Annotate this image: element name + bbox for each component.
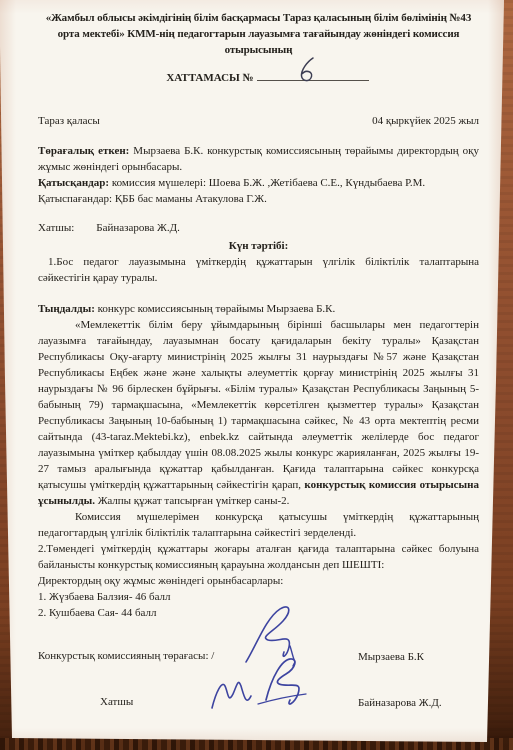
paper-sheet: «Жамбыл облысы әкімдігінің білім басқарм…	[0, 0, 513, 750]
attendees-paragraph: Қатысқандар: комиссия мүшелері: Шоева Б.…	[38, 175, 479, 191]
document-content: «Жамбыл облысы әкімдігінің білім басқарм…	[0, 0, 513, 714]
protocol-number-row: ХАТТАМАСЫ №	[38, 67, 479, 86]
handwritten-protocol-number	[297, 56, 317, 84]
heard-label: Тыңдалды:	[38, 303, 95, 315]
date-label: 04 қыркүйек 2025 жыл	[372, 113, 479, 129]
heard-body-paragraph: «Мемлекеттік білім беру ұйымдарының бірі…	[38, 317, 479, 509]
secretary-signature-row: Хатшы Байназарова Ж.Д.	[38, 694, 479, 714]
secretary-name: Байназарова Ж.Д.	[96, 222, 180, 234]
heard-body-part2: Жалпы құжат тапсырған үміткер саны-2.	[98, 495, 290, 507]
chair-label: Төрағалық еткен:	[38, 145, 129, 157]
attendees-text: комиссия мүшелері: Шоева Б.Ж. ,Жетібаева…	[112, 177, 425, 189]
secretary-signature	[206, 656, 324, 718]
secretary-signature-role: Хатшы	[100, 696, 133, 708]
document-title: «Жамбыл облысы әкімдігінің білім басқарм…	[38, 10, 479, 58]
position-line: Директордың оқу жұмыс жөніндегі орынбаса…	[38, 573, 479, 589]
heard-body-part1: «Мемлекеттік білім беру ұйымдарының бірі…	[38, 319, 479, 491]
heard-intro: конкурс комиссиясының төрайымы Мырзаева …	[98, 303, 336, 315]
secretary-signature-name: Байназарова Ж.Д.	[358, 695, 442, 711]
review-paragraph: Комиссия мүшелерімен конкурсқа қатысушы …	[38, 509, 479, 541]
attendees-label: Қатысқандар:	[38, 177, 109, 189]
scanned-protocol-page: «Жамбыл облысы әкімдігінің білім басқарм…	[0, 0, 513, 750]
agenda-title: Күн тәртібі:	[38, 238, 479, 254]
chair-signature-role: Конкурстық комиссияның төрағасы: /	[38, 650, 214, 662]
decision-paragraph: 2.Төмендегі үміткердің құжаттары жоғары …	[38, 541, 479, 573]
secretary-line: Хатшы:Байназарова Ж.Д.	[38, 220, 479, 236]
secretary-label: Хатшы:	[38, 222, 74, 234]
absent-line: Қатыспағандар: ҚББ бас маманы Атакулова …	[38, 191, 479, 207]
place-date-row: Тараз қаласы 04 қыркүйек 2025 жыл	[38, 113, 479, 129]
chair-signature-name: Мырзаева Б.К	[358, 649, 424, 665]
city-label: Тараз қаласы	[38, 113, 100, 129]
heard-intro-line: Тыңдалды: конкурс комиссиясының төрайымы…	[38, 301, 479, 317]
agenda-item: 1.Бос педагог лауазымына үміткердің құжа…	[38, 254, 479, 286]
protocol-number-blank-line	[257, 67, 369, 81]
protocol-label: ХАТТАМАСЫ №	[166, 72, 253, 84]
chair-paragraph: Төрағалық еткен: Мырзаева Б.К. конкурсты…	[38, 143, 479, 175]
